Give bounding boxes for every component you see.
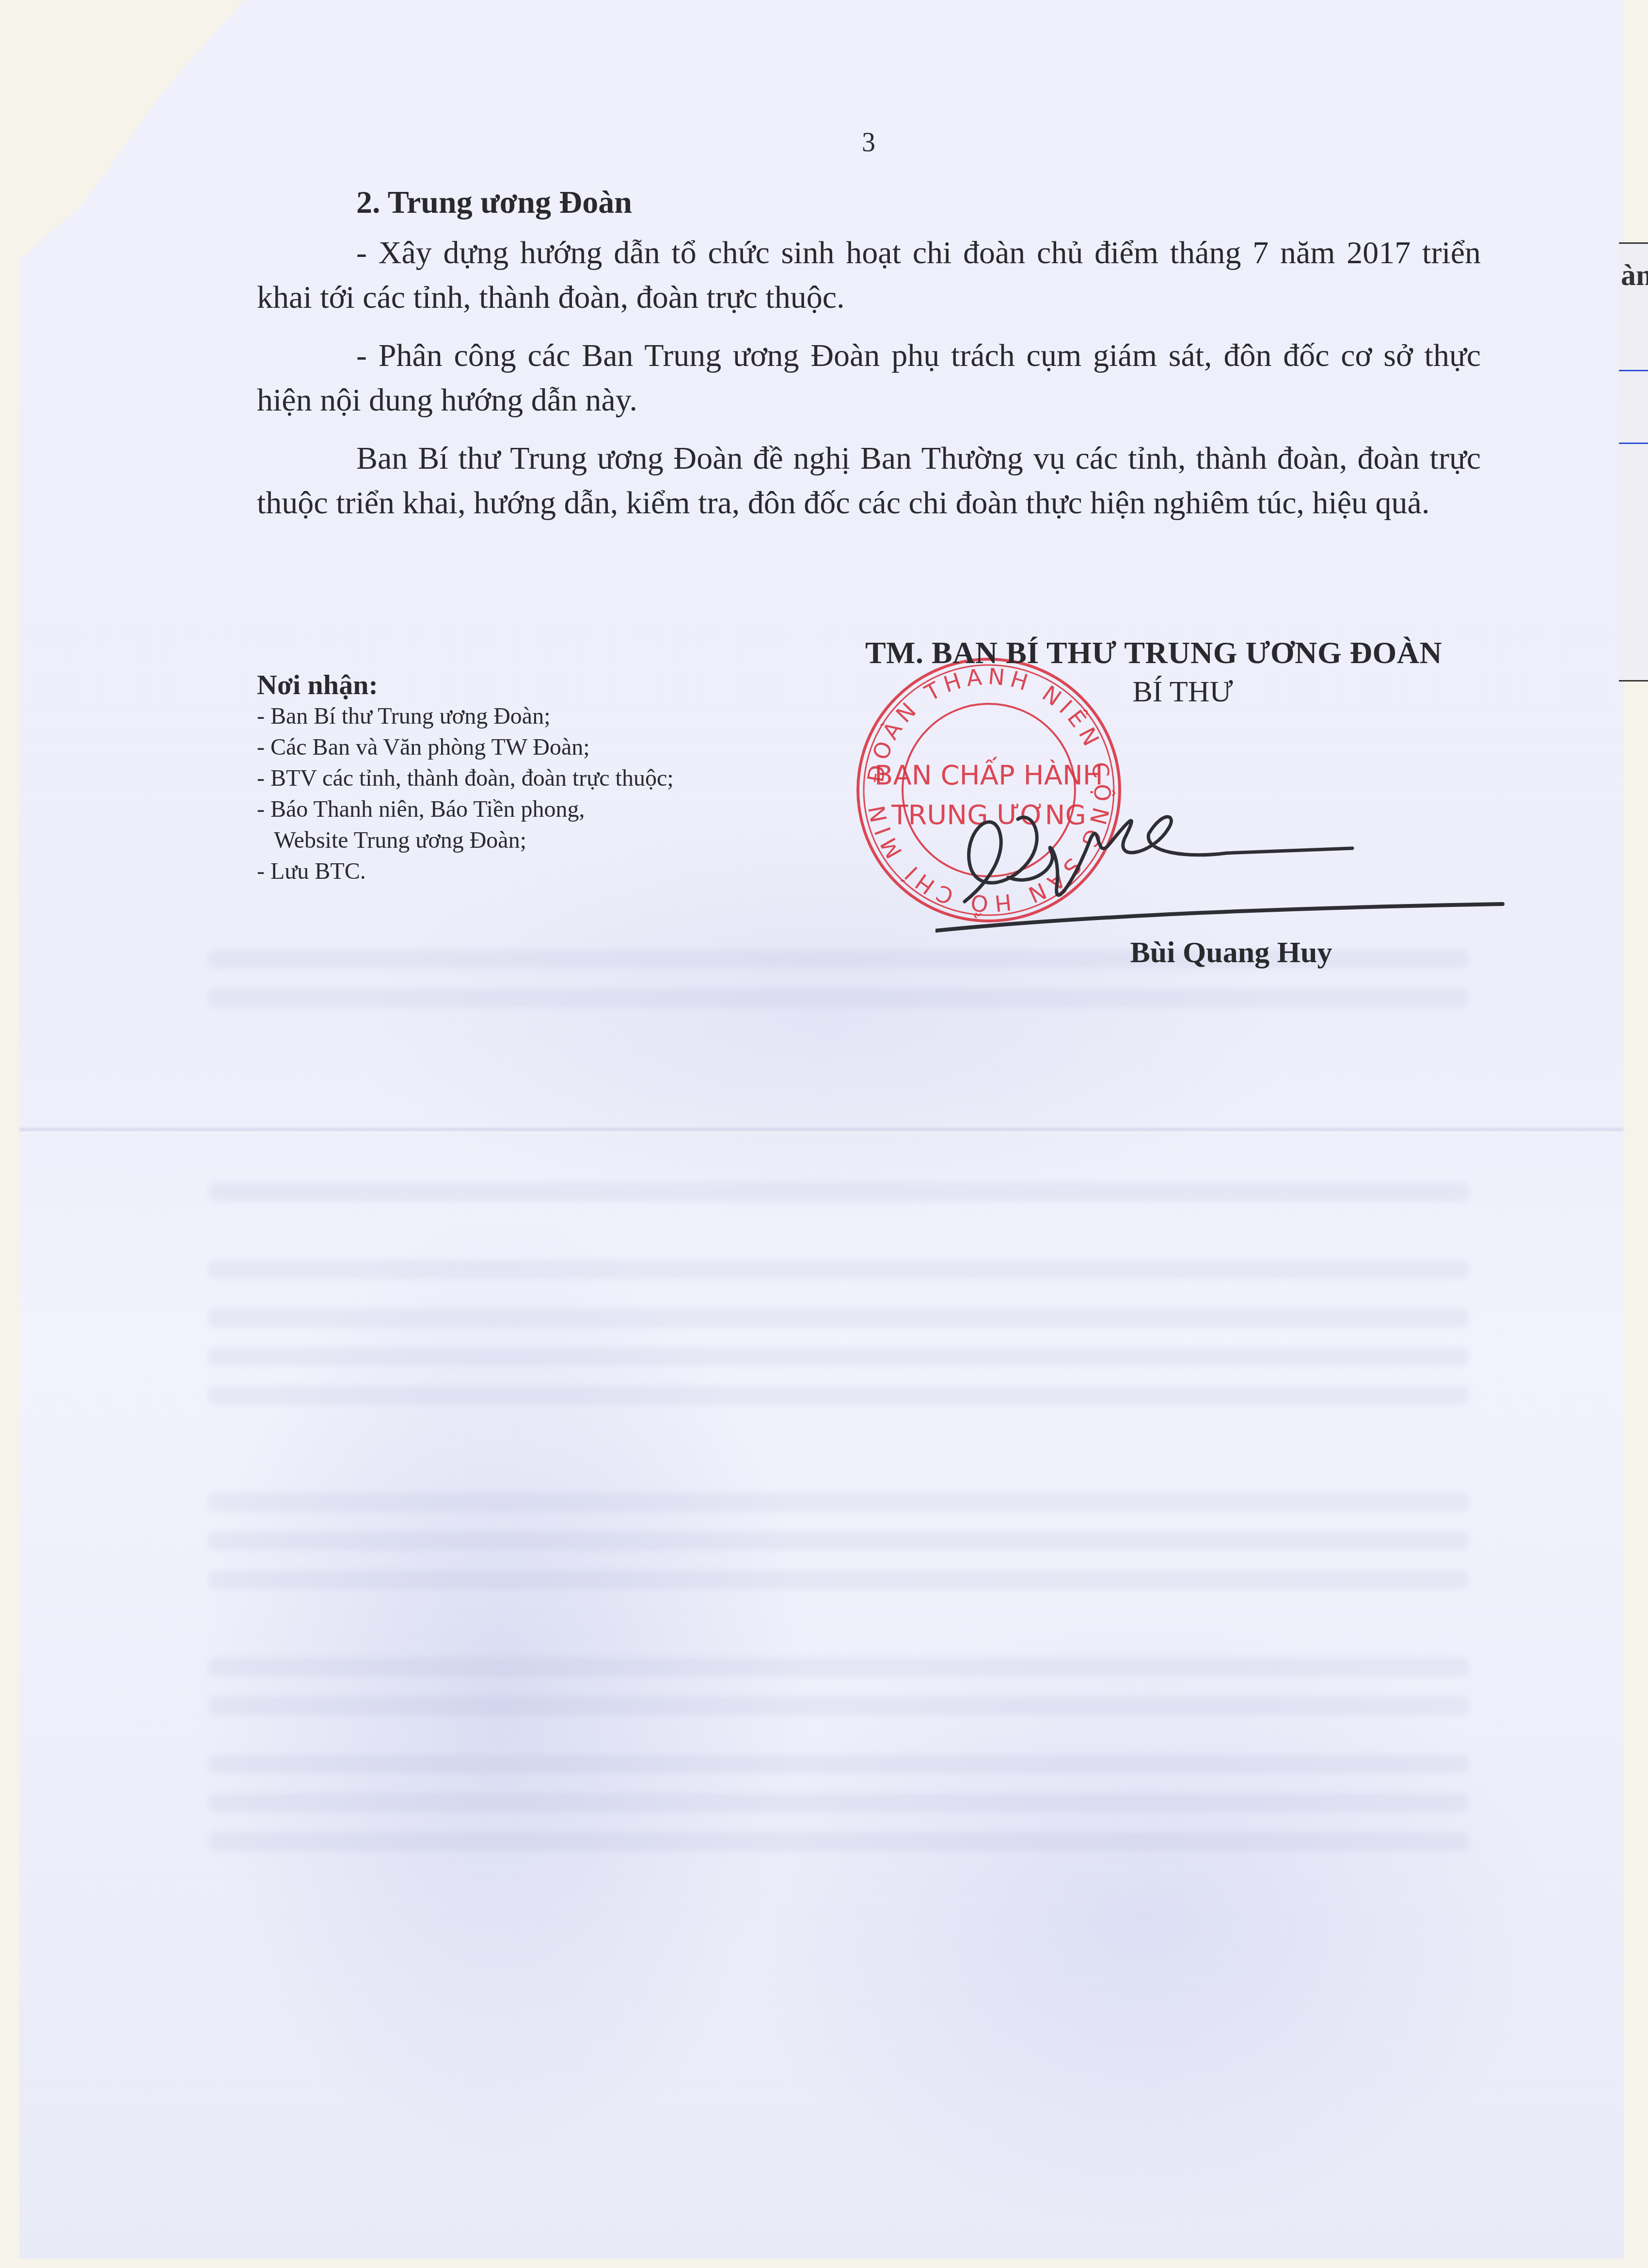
recipient-item: Website Trung ương Đoàn; bbox=[257, 825, 674, 856]
handwritten-signature-icon bbox=[935, 780, 1512, 936]
signatory-organization: TM. BAN BÍ THƯ TRUNG ƯƠNG ĐOÀN bbox=[805, 635, 1503, 671]
recipients-block: Nơi nhận: - Ban Bí thư Trung ương Đoàn; … bbox=[257, 669, 674, 887]
recipient-item: - Lưu BTC. bbox=[257, 856, 674, 887]
recipients-heading: Nơi nhận: bbox=[257, 669, 674, 701]
document-body: 2. Trung ương Đoàn - Xây dựng hướng dẫn … bbox=[257, 180, 1481, 539]
paragraph-3: Ban Bí thư Trung ương Đoàn đề nghị Ban T… bbox=[257, 436, 1481, 525]
underlying-page-text: àn bbox=[1621, 258, 1648, 293]
signature-block: ĐOÀN THANH NIÊN CỘNG SẢN HỒ CHÍ MINH BAN… bbox=[805, 635, 1503, 1003]
recipient-item: - Ban Bí thư Trung ương Đoàn; bbox=[257, 701, 674, 732]
signer-name: Bùi Quang Huy bbox=[805, 936, 1503, 970]
pen-line bbox=[1619, 370, 1648, 371]
recipient-item: - Báo Thanh niên, Báo Tiền phong, bbox=[257, 794, 674, 825]
page-number: 3 bbox=[862, 127, 875, 158]
paragraph-1: - Xây dựng hướng dẫn tổ chức sinh hoạt c… bbox=[257, 231, 1481, 320]
recipient-item: - BTV các tỉnh, thành đoàn, đoàn trực th… bbox=[257, 763, 674, 794]
pen-line bbox=[1619, 443, 1648, 444]
recipient-item: - Các Ban và Văn phòng TW Đoàn; bbox=[257, 732, 674, 763]
paper-fold-crease bbox=[19, 1128, 1624, 1133]
underlying-page-edge: àn bbox=[1619, 242, 1648, 682]
signatory-role: BÍ THƯ bbox=[805, 675, 1503, 709]
section-heading: 2. Trung ương Đoàn bbox=[356, 180, 1481, 231]
paragraph-2: - Phân công các Ban Trung ương Đoàn phụ … bbox=[257, 333, 1481, 423]
